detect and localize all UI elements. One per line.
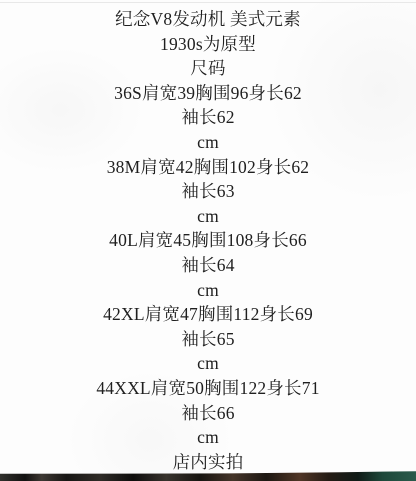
product-description-panel: 纪念V8发动机 美式元素 1930s为原型 尺码 36S肩宽39胸围96身长62…	[0, 0, 416, 481]
sleeve-length-36s: 袖长62	[0, 105, 416, 130]
product-title: 纪念V8发动机 美式元素	[0, 7, 416, 32]
size-row-38m: 38M肩宽42胸围102身长62	[0, 155, 416, 180]
description-text-block: 纪念V8发动机 美式元素 1930s为原型 尺码 36S肩宽39胸围96身长62…	[0, 7, 416, 474]
size-row-42xl: 42XL肩宽47胸围112身长69	[0, 302, 416, 327]
sleeve-length-38m: 袖长63	[0, 179, 416, 204]
unit-label: cm	[0, 351, 416, 376]
unit-label: cm	[0, 425, 416, 450]
unit-label: cm	[0, 130, 416, 155]
sleeve-length-44xxl: 袖长66	[0, 401, 416, 426]
size-row-40l: 40L肩宽45胸围108身长66	[0, 228, 416, 253]
top-divider	[0, 2, 416, 3]
unit-label: cm	[0, 204, 416, 229]
unit-label: cm	[0, 278, 416, 303]
size-row-36s: 36S肩宽39胸围96身长62	[0, 81, 416, 106]
size-row-44xxl: 44XXL肩宽50胸围122身长71	[0, 376, 416, 401]
prototype-era-line: 1930s为原型	[0, 32, 416, 57]
sleeve-length-40l: 袖长64	[0, 253, 416, 278]
size-chart-header: 尺码	[0, 56, 416, 81]
store-photo-caption: 店内实拍	[0, 450, 416, 475]
sleeve-length-42xl: 袖长65	[0, 327, 416, 352]
